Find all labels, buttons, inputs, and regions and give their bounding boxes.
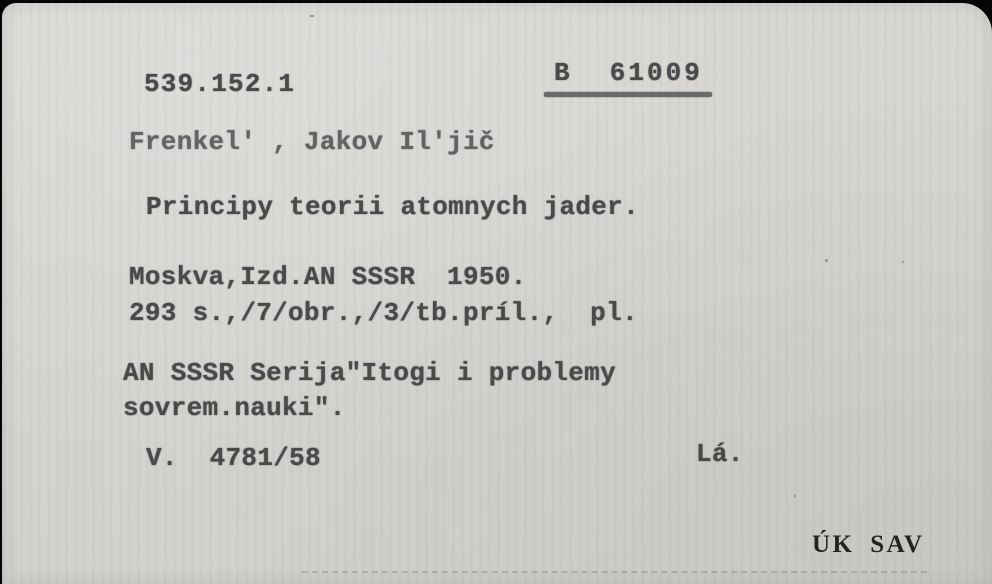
call-number-underline — [544, 92, 712, 97]
paper-speck — [794, 495, 796, 497]
library-stamp: ÚK SAV — [812, 531, 925, 559]
paper-speck — [902, 261, 904, 263]
call-number: B 61009 — [554, 60, 703, 86]
series-line-2: sovrem.nauki". — [123, 395, 346, 421]
accession-number: V. 4781/58 — [146, 445, 321, 471]
catalog-card: 539.152.1 B 61009 Frenkel' , Jakov Il'ji… — [2, 3, 992, 584]
collation-line: 293 s.,/7/obr.,/3/tb.príl., pl. — [129, 300, 638, 326]
series-line-1: AN SSSR Serija"Itogi i problemy — [123, 360, 616, 386]
author-line: Frenkel' , Jakov Il'jič — [129, 129, 495, 155]
imprint-line: Moskva,Izd.AN SSSR 1950. — [129, 264, 527, 290]
title-line: Principy teorii atomnych jader. — [146, 194, 639, 220]
paper-speck — [310, 15, 314, 17]
cataloguer-initials: Lá. — [696, 441, 744, 467]
classification-number: 539.152.1 — [144, 71, 295, 97]
bottom-rule — [302, 571, 927, 573]
paper-speck — [825, 259, 828, 262]
